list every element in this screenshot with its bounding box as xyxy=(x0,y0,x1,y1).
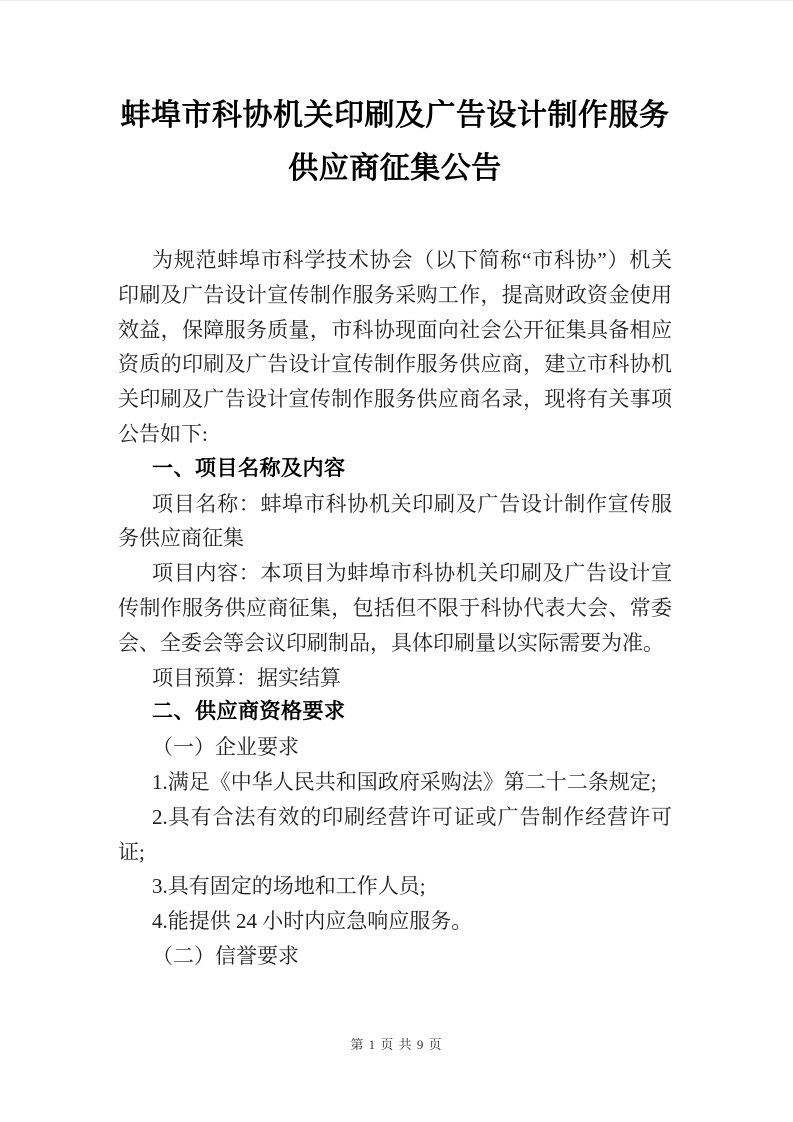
document-page: 蚌埠市科协机关印刷及广告设计制作服务 供应商征集公告 为规范蚌埠市科学技术协会（… xyxy=(0,0,793,1122)
paragraph-project-content: 项目内容：本项目为蚌埠市科协机关印刷及广告设计宣传制作服务供应商征集，包括但不限… xyxy=(118,556,672,660)
document-title-line-2: 供应商征集公告 xyxy=(118,142,672,195)
list-item-2: 2.具有合法有效的印刷经营许可证或广告制作经营许可证; xyxy=(118,800,672,870)
page-number-footer: 第 1 页 共 9 页 xyxy=(0,1034,793,1053)
paragraph-project-name: 项目名称：蚌埠市科协机关印刷及广告设计制作宣传服务供应商征集 xyxy=(118,487,672,557)
subheading-reputation-requirements: （二）信誉要求 xyxy=(118,939,672,974)
document-body: 为规范蚌埠市科学技术协会（以下简称“市科协”）机关印刷及广告设计宣传制作服务采购… xyxy=(118,243,672,974)
document-title-line-1: 蚌埠市科协机关印刷及广告设计制作服务 xyxy=(118,89,672,142)
paragraph-project-budget: 项目预算：据实结算 xyxy=(118,661,672,696)
list-item-4: 4.能提供 24 小时内应急响应服务。 xyxy=(118,904,672,939)
list-item-3: 3.具有固定的场地和工作人员; xyxy=(118,869,672,904)
paragraph-intro: 为规范蚌埠市科学技术协会（以下简称“市科协”）机关印刷及广告设计宣传制作服务采购… xyxy=(118,243,672,452)
document-content: 蚌埠市科协机关印刷及广告设计制作服务 供应商征集公告 为规范蚌埠市科学技术协会（… xyxy=(118,1,672,974)
section-heading-1: 一、项目名称及内容 xyxy=(118,452,672,487)
list-item-1: 1.满足《中华人民共和国政府采购法》第二十二条规定; xyxy=(118,765,672,800)
section-heading-2: 二、供应商资格要求 xyxy=(118,695,672,730)
subheading-enterprise-requirements: （一）企业要求 xyxy=(118,730,672,765)
document-title: 蚌埠市科协机关印刷及广告设计制作服务 供应商征集公告 xyxy=(118,89,672,195)
